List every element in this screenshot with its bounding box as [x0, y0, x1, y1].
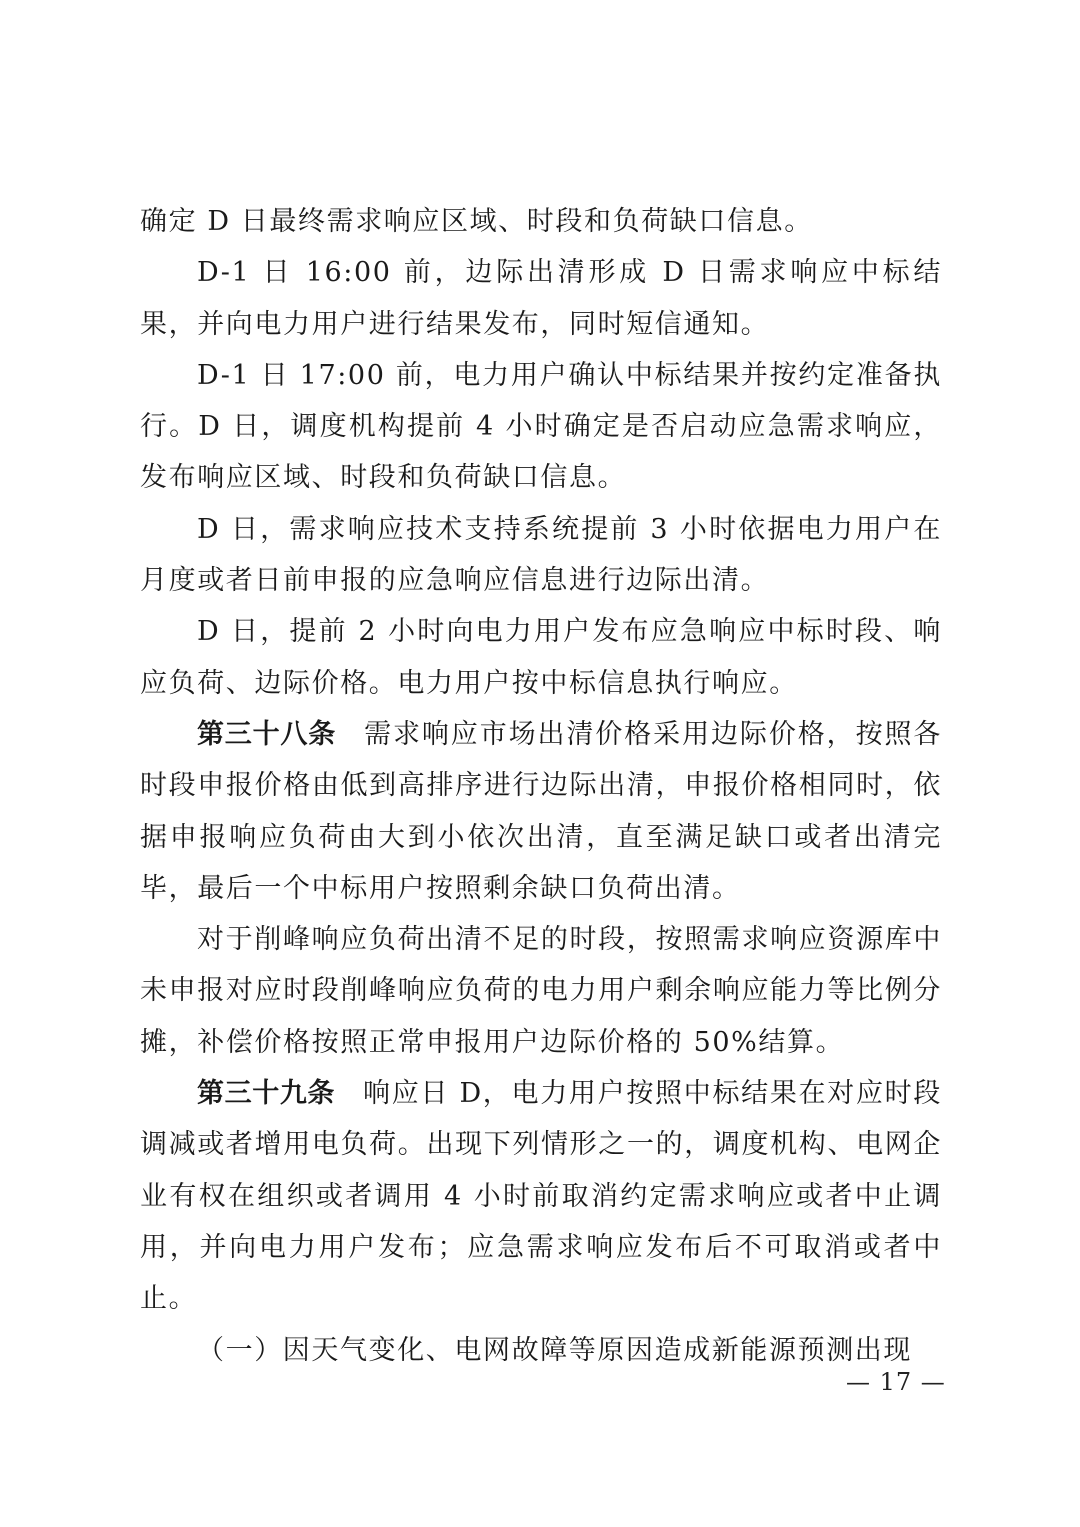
article-text: 响应日 D，电力用户按照中标结果在对应时段调减或者增用电负荷。出现下列情形之一的… — [140, 1078, 942, 1314]
paragraph-d1-1600: D-1 日 16:00 前，边际出清形成 D 日需求响应中标结果，并向电力用户进… — [140, 247, 942, 350]
page-number: — 17 — — [846, 1368, 946, 1396]
paragraph-text: D-1 日 17:00 前，电力用户确认中标结果并按约定准备执行。D 日，调度机… — [140, 360, 942, 494]
document-page: 确定 D 日最终需求响应区域、时段和负荷缺口信息。 D-1 日 16:00 前，… — [0, 0, 1080, 1527]
list-item-text: （一）因天气变化、电网故障等原因造成新能源预测出现 — [197, 1335, 912, 1366]
article-label: 第三十八条 — [197, 719, 336, 750]
article-38: 第三十八条需求响应市场出清价格采用边际价格，按照各时段申报价格由低到高排序进行边… — [140, 709, 942, 914]
paragraph-d-2-hours: D 日，提前 2 小时向电力用户发布应急响应中标时段、响应负荷、边际价格。电力用… — [140, 606, 942, 709]
list-item-1: （一）因天气变化、电网故障等原因造成新能源预测出现 — [140, 1325, 942, 1376]
paragraph-text: 确定 D 日最终需求响应区域、时段和负荷缺口信息。 — [140, 206, 813, 237]
article-39: 第三十九条响应日 D，电力用户按照中标结果在对应时段调减或者增用电负荷。出现下列… — [140, 1068, 942, 1324]
paragraph-d-3-hours: D 日，需求响应技术支持系统提前 3 小时依据电力用户在月度或者日前申报的应急响… — [140, 504, 942, 607]
paragraph-d1-1700: D-1 日 17:00 前，电力用户确认中标结果并按约定准备执行。D 日，调度机… — [140, 350, 942, 504]
paragraph-peak-shaving: 对于削峰响应负荷出清不足的时段，按照需求响应资源库中未申报对应时段削峰响应负荷的… — [140, 914, 942, 1068]
paragraph-text: 对于削峰响应负荷出清不足的时段，按照需求响应资源库中未申报对应时段削峰响应负荷的… — [140, 924, 942, 1058]
paragraph-text: D-1 日 16:00 前，边际出清形成 D 日需求响应中标结果，并向电力用户进… — [140, 257, 942, 339]
article-label: 第三十九条 — [197, 1078, 335, 1109]
document-body: 确定 D 日最终需求响应区域、时段和负荷缺口信息。 D-1 日 16:00 前，… — [140, 196, 942, 1376]
paragraph-continuation: 确定 D 日最终需求响应区域、时段和负荷缺口信息。 — [140, 196, 942, 247]
paragraph-text: D 日，提前 2 小时向电力用户发布应急响应中标时段、响应负荷、边际价格。电力用… — [140, 616, 942, 698]
paragraph-text: D 日，需求响应技术支持系统提前 3 小时依据电力用户在月度或者日前申报的应急响… — [140, 514, 942, 596]
